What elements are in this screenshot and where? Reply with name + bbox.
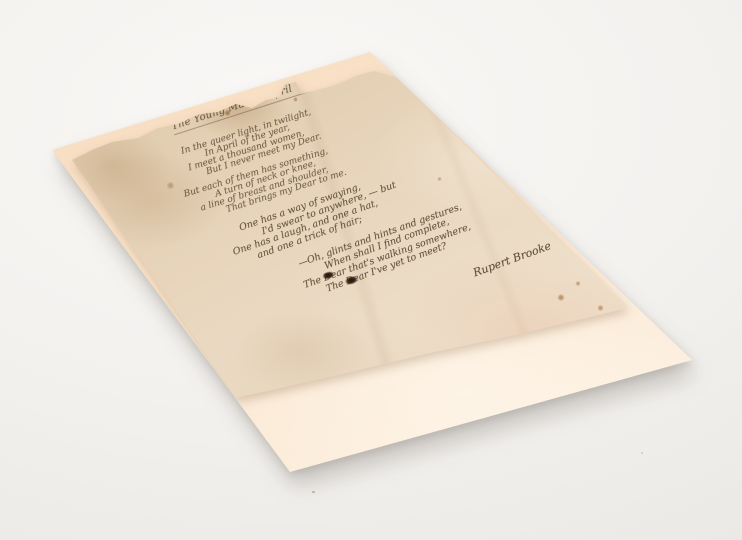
- mount-board: The Young Man in April In the queer ligh…: [0, 0, 742, 540]
- manuscript-sheet: The Young Man in April In the queer ligh…: [0, 0, 742, 540]
- paper-shadow: The Young Man in April In the queer ligh…: [0, 0, 742, 540]
- cast-shadow: The Young Man in April In the queer ligh…: [0, 0, 742, 540]
- studio-background: The Young Man in April In the queer ligh…: [0, 0, 742, 540]
